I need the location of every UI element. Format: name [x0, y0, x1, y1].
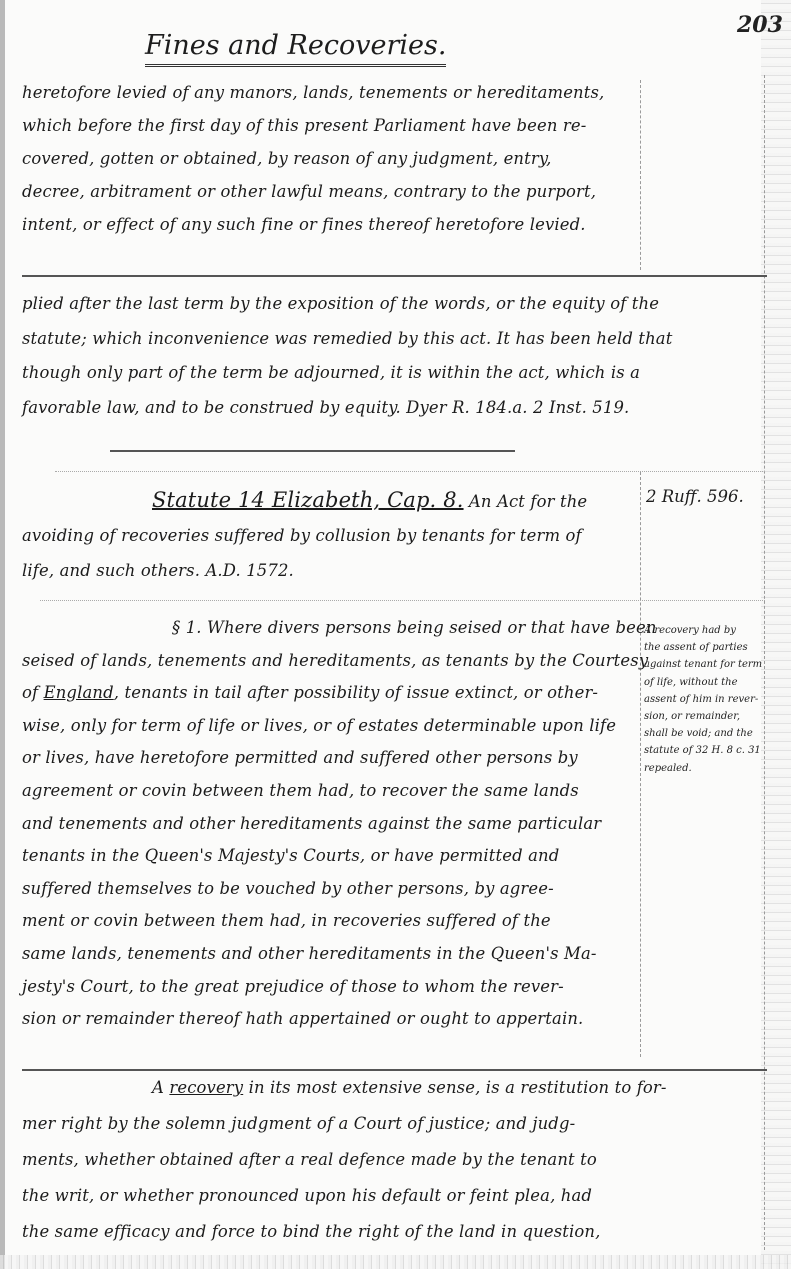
text-line: intent, or effect of any such fine or fi…	[22, 208, 604, 241]
page-number: 203	[737, 12, 783, 38]
text-line: the same efficacy and force to bind the …	[22, 1214, 667, 1250]
margin-note-line: of life, without the	[644, 674, 764, 691]
margin-note-line: shall be void; and the	[644, 725, 764, 742]
underlined-word: recovery	[169, 1078, 243, 1097]
margin-note-line: repealed.	[644, 760, 764, 777]
divider-top	[22, 275, 767, 277]
text-line: ments, whether obtained after a real def…	[22, 1142, 667, 1178]
text-line: life, and such others. A.D. 1572.	[22, 553, 587, 588]
margin-reference: 2 Ruff. 596.	[646, 487, 744, 506]
margin-note-line: assent of him in rever-	[644, 691, 764, 708]
text-line: A recovery in its most extensive sense, …	[22, 1070, 667, 1106]
text-line: mer right by the solemn judgment of a Co…	[22, 1106, 667, 1142]
scan-right-edge	[761, 0, 791, 1269]
text-line: statute; which inconvenience was remedie…	[22, 322, 672, 357]
text-block-commentary: plied after the last term by the exposit…	[22, 287, 672, 425]
text-block-recovery-definition: A recovery in its most extensive sense, …	[22, 1070, 667, 1250]
text-line: sion or remainder thereof hath appertain…	[22, 1003, 657, 1036]
margin-note-line: sion, or remainder,	[644, 708, 764, 725]
text-line: of England, tenants in tail after possib…	[22, 677, 657, 710]
statute-heading-block: Statute 14 Elizabeth, Cap. 8. An Act for…	[22, 483, 587, 588]
text-line: jesty's Court, to the great prejudice of…	[22, 971, 657, 1004]
margin-note-line: the assent of parties	[644, 639, 764, 656]
text-line: seised of lands, tenements and hereditam…	[22, 645, 657, 678]
text-block-continuation: heretofore levied of any manors, lands, …	[22, 76, 604, 241]
text-fragment: , tenants in tail after possibility of i…	[114, 683, 598, 702]
text-line: favorable law, and to be construed by eq…	[22, 391, 672, 426]
text-fragment: A	[152, 1078, 169, 1097]
margin-note-line: statute of 32 H. 8 c. 31	[644, 742, 764, 759]
text-line: the writ, or whether pronounced upon his…	[22, 1178, 667, 1214]
divider-dotted-statute	[55, 471, 765, 472]
text-line: and tenements and other hereditaments ag…	[22, 808, 657, 841]
statute-title: Statute 14 Elizabeth, Cap. 8.	[152, 488, 464, 512]
text-line: decree, arbitrament or other lawful mean…	[22, 175, 604, 208]
scan-bottom-edge	[0, 1255, 791, 1269]
divider-statute	[110, 450, 515, 452]
underlined-word: England	[44, 683, 114, 702]
margin-note-line: A recovery had by	[644, 622, 764, 639]
text-fragment: of	[22, 683, 44, 702]
text-line: § 1. Where divers persons being seised o…	[22, 612, 657, 645]
text-line: ment or covin between them had, in recov…	[22, 905, 657, 938]
text-line: tenants in the Queen's Majesty's Courts,…	[22, 840, 657, 873]
text-line: same lands, tenements and other heredita…	[22, 938, 657, 971]
text-line: wise, only for term of life or lives, or…	[22, 710, 657, 743]
margin-rule-left	[640, 80, 641, 270]
text-line: covered, gotten or obtained, by reason o…	[22, 142, 604, 175]
text-line: suffered themselves to be vouched by oth…	[22, 873, 657, 906]
scan-left-edge	[0, 0, 5, 1269]
text-line: or lives, have heretofore permitted and …	[22, 742, 657, 775]
text-line: avoiding of recoveries suffered by collu…	[22, 518, 587, 553]
margin-rule-right	[764, 75, 765, 1250]
page-heading: Fines and Recoveries.	[145, 30, 446, 67]
margin-note-section-1: A recovery had by the assent of parties …	[644, 622, 764, 777]
text-fragment: in its most extensive sense, is a restit…	[243, 1078, 666, 1097]
text-block-section-1: § 1. Where divers persons being seised o…	[22, 612, 657, 1036]
divider-dotted-section	[40, 600, 765, 601]
statute-title-line: Statute 14 Elizabeth, Cap. 8. An Act for…	[22, 483, 587, 518]
text-line: which before the first day of this prese…	[22, 109, 604, 142]
text-line: though only part of the term be adjourne…	[22, 356, 672, 391]
text-line: agreement or covin between them had, to …	[22, 775, 657, 808]
statute-title-continuation: An Act for the	[464, 492, 588, 511]
text-line: heretofore levied of any manors, lands, …	[22, 76, 604, 109]
margin-note-line: against tenant for term	[644, 656, 764, 673]
text-line: plied after the last term by the exposit…	[22, 287, 672, 322]
